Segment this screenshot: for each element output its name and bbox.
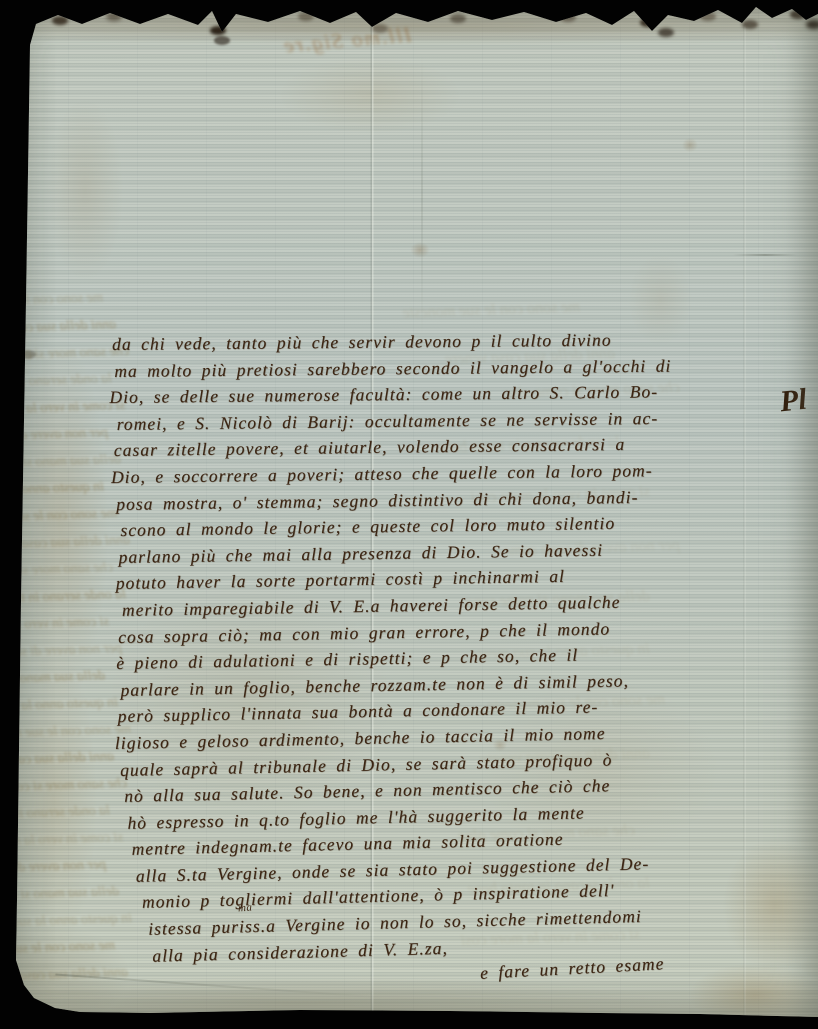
vignette [0, 0, 818, 1029]
burn-marks-top-edge [0, 0, 16, 9]
letter-page: Ill.mo Sig.re me sono con le sue moneste… [0, 0, 818, 1029]
photograph-background: Ill.mo Sig.re me sono con le sue moneste… [0, 0, 818, 1029]
